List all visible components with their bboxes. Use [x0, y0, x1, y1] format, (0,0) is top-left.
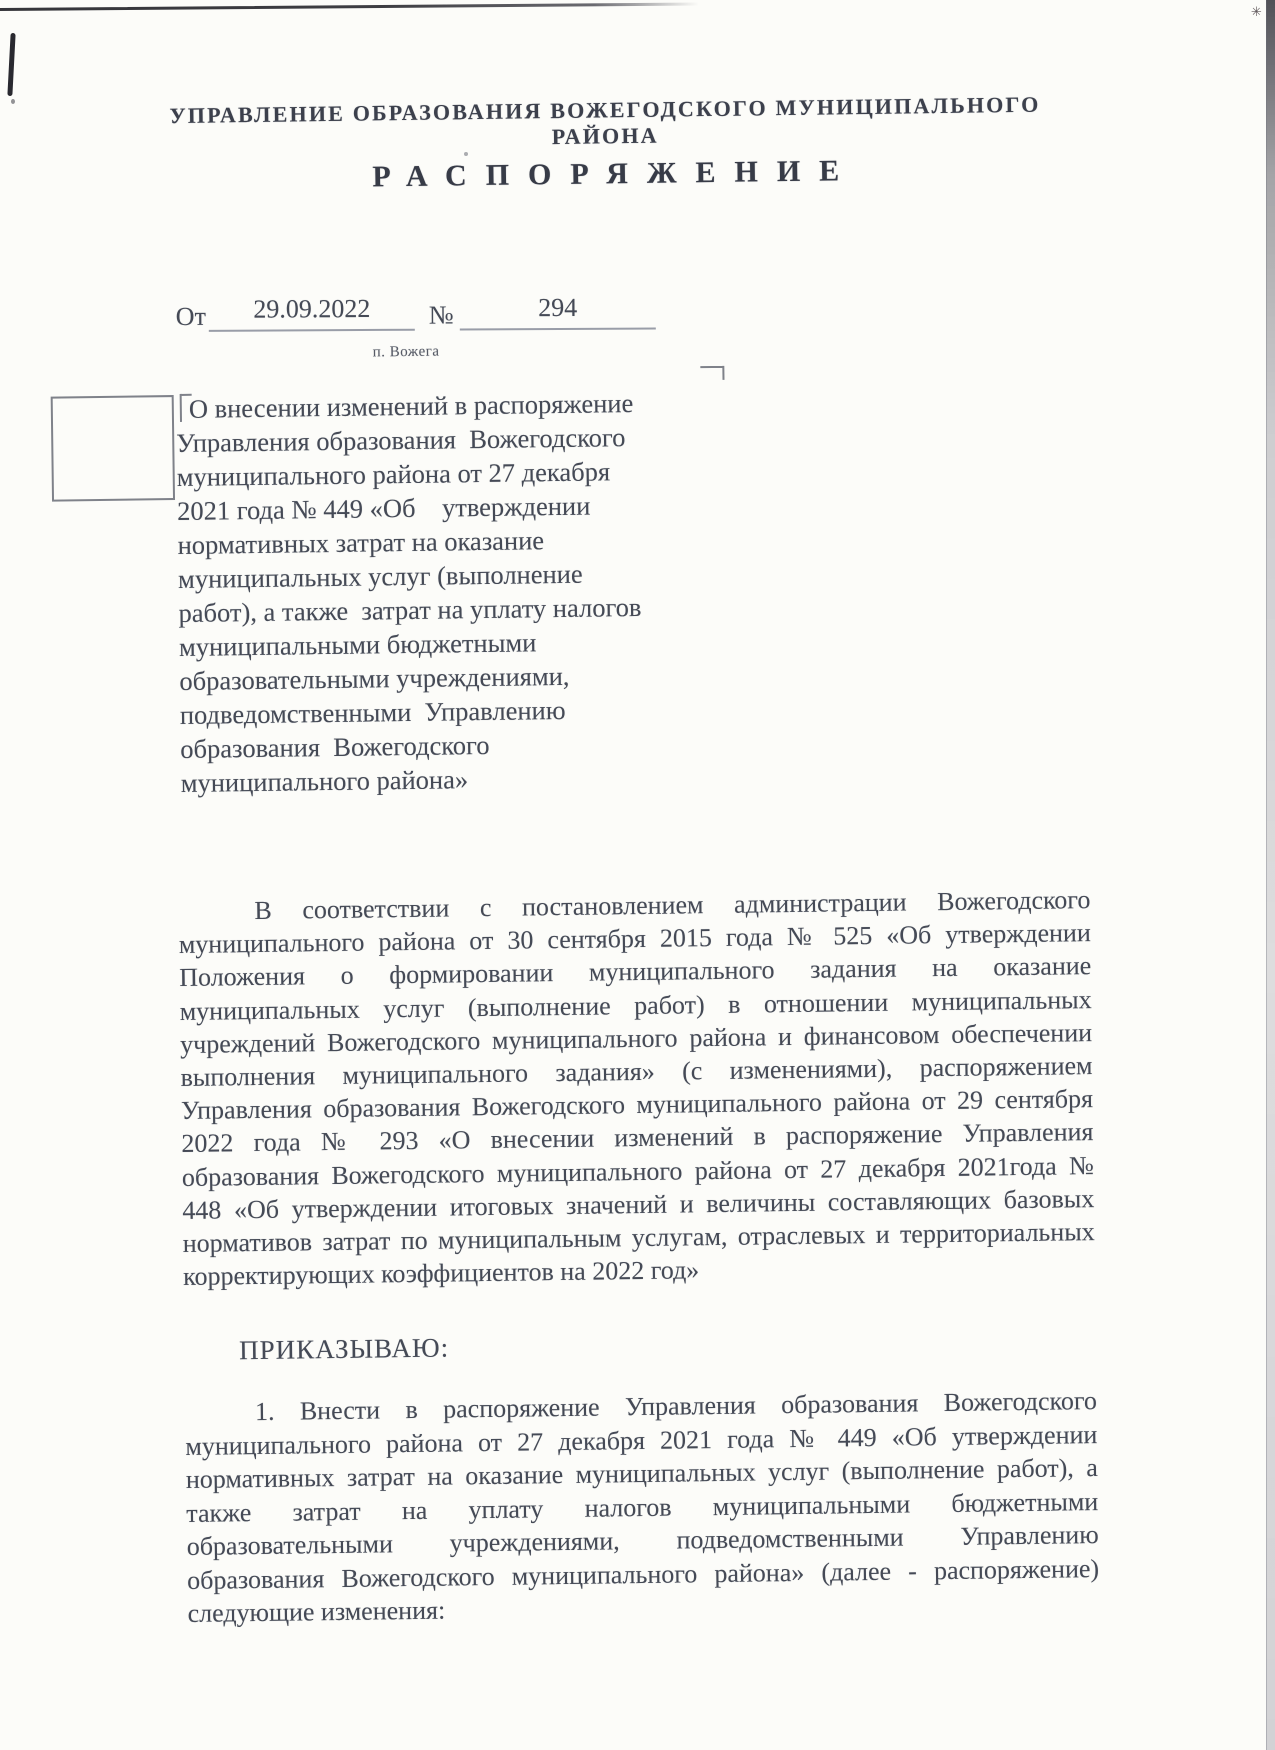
preamble-paragraph: В соответствии с постановлением админист… [178, 883, 1095, 1293]
scan-artifact-right-edge-band [1266, 0, 1275, 1750]
scan-artifact-asterisk-mark: ✳ [1251, 5, 1262, 20]
org-name-header: УПРАВЛЕНИЕ ОБРАЗОВАНИЯ ВОЖЕГОДСКОГО МУНИ… [120, 91, 1091, 156]
date-label: От [176, 302, 206, 331]
text-line: работ), а также затрат на уплату налогов [178, 590, 666, 630]
number-value: 294 [460, 292, 656, 330]
document-type-title: РАСПОРЯЖЕНИЕ [121, 151, 1091, 198]
document-content: УПРАВЛЕНИЕ ОБРАЗОВАНИЯ ВОЖЕГОДСКОГО МУНИ… [0, 0, 1275, 1750]
scanned-document-page: УПРАВЛЕНИЕ ОБРАЗОВАНИЯ ВОЖЕГОДСКОГО МУНИ… [0, 0, 1275, 1750]
corner-mark-right [700, 366, 724, 380]
date-number-row: От29.09.2022№294 [176, 292, 656, 332]
text-line: муниципального района» [181, 760, 669, 800]
scan-artifact-pen-dot [11, 99, 15, 104]
text-line: муниципального района от 27 декабря [177, 454, 665, 494]
document-title-block: О внесении изменений в распоряжениеУправ… [176, 386, 669, 800]
item1-paragraph: 1. Внести в распоряжение Управления обра… [185, 1384, 1100, 1630]
order-keyword: ПРИКАЗЫВАЮ: [239, 1333, 449, 1367]
empty-stamp-box [51, 395, 175, 502]
place-name: п. Вожега [326, 343, 486, 362]
date-value: 29.09.2022 [209, 294, 415, 332]
number-label: № [429, 301, 454, 330]
scan-artifact-speck [464, 152, 468, 156]
